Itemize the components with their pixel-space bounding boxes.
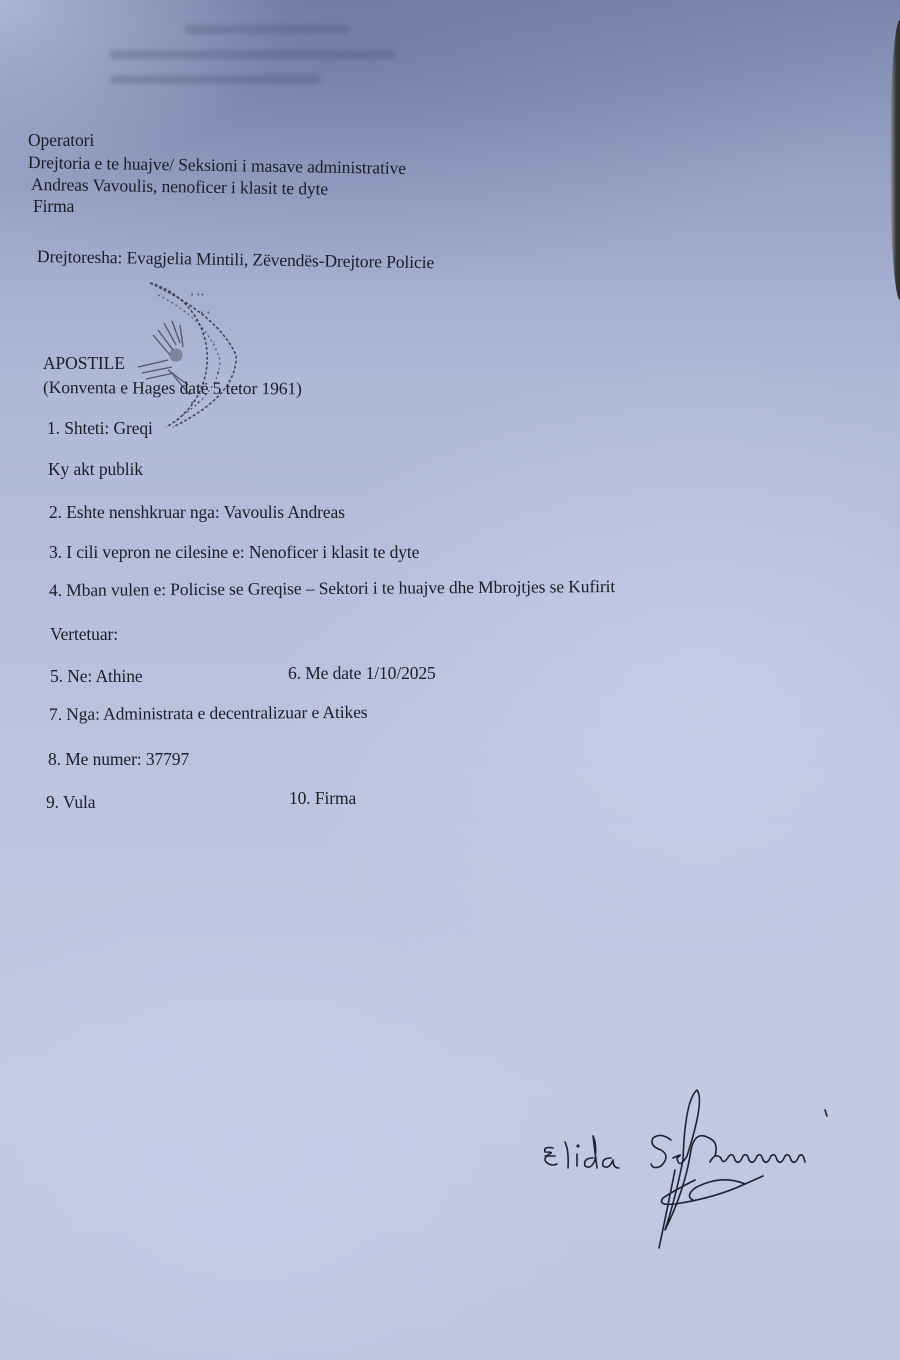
field-public-act: Ky akt publik <box>48 459 143 480</box>
bleed-through-text <box>110 25 410 125</box>
document-paper: Operatori Drejtoria e te huajve/ Seksion… <box>0 0 900 1360</box>
field-seal-of: 4. Mban vulen e: Policise se Greqise – S… <box>49 576 615 601</box>
paper-edge-shadow <box>890 20 900 300</box>
apostille-subtitle: (Konventa e Hages datë 5 tetor 1961) <box>43 377 302 399</box>
svg-text:• ••: • •• <box>190 291 205 299</box>
official-stamp-icon: • •• • • ◦ • • • <box>128 275 248 435</box>
operator-block: Operatori Drejtoria e te huajve/ Seksion… <box>28 129 406 217</box>
field-issued-by: 7. Nga: Administrata e decentralizuar e … <box>49 702 368 725</box>
handwritten-signature-icon <box>535 1080 845 1260</box>
field-certified: Vertetuar: <box>50 624 118 645</box>
field-signed-by: 2. Eshte nenshkruar nga: Vavoulis Andrea… <box>49 502 345 523</box>
field-state: 1. Shteti: Greqi <box>47 418 153 439</box>
operator-title: Operatori <box>28 129 406 151</box>
field-number: 8. Me numer: 37797 <box>48 749 189 770</box>
svg-text:• •: • • <box>200 309 210 317</box>
svg-text:◦: ◦ <box>212 339 216 347</box>
field-date: 6. Me date 1/10/2025 <box>288 663 436 684</box>
field-seal: 9. Vula <box>46 792 95 813</box>
apostille-title: APOSTILE <box>43 353 125 374</box>
field-capacity: 3. I cili vepron ne cilesine e: Nenofice… <box>49 542 419 563</box>
svg-text:• •: • • <box>190 399 200 407</box>
svg-text:•: • <box>216 369 220 377</box>
field-signature: 10. Firma <box>289 788 356 809</box>
director-line: Drejtoresha: Evagjelia Mintili, Zëvendës… <box>37 246 434 273</box>
field-place: 5. Ne: Athine <box>50 666 143 687</box>
